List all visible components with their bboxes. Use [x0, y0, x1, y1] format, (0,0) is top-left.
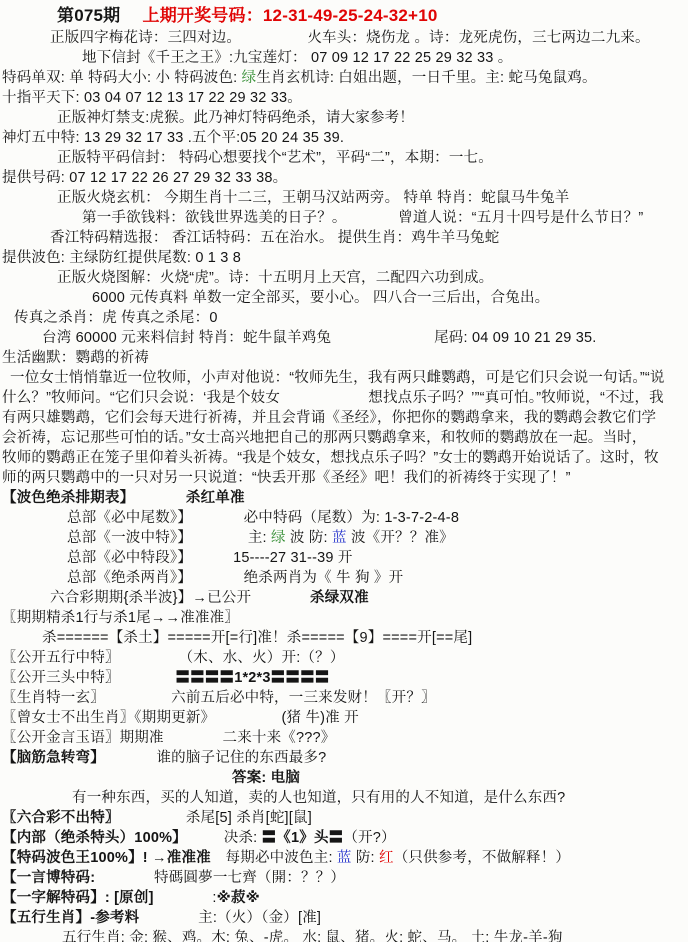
text-line: 〖生肖特一玄〗 六前五后必中特，一三来发财！〖开？〗	[2, 688, 686, 708]
text-segment: 第075期	[57, 6, 120, 25]
text-segment: 【波色绝杀排期表】	[2, 490, 127, 506]
text-segment: 特碼圓夢一七齊（開：？？）	[95, 870, 345, 886]
text-segment: 会祈祷，忘记那些可怕的话。”女士高兴地把自己的那两只鹦鹉拿来，和牧师的鹦鹉放在一…	[2, 430, 647, 446]
text-line: 六合彩期期{杀半波}】→已公开 杀绿双准	[2, 588, 686, 608]
document-body: 第075期 上期开奖号码：12-31-49-25-24-32+10正版四字梅花诗…	[2, 4, 686, 942]
text-line: 有两只雄鹦鹉，它们会每天进行祈祷，并且会背诵《圣经》，你把你的鹦鹉拿来，我的鹦鹉…	[2, 408, 686, 428]
text-segment: 〓〓〓〓1*2*3〓〓〓〓	[175, 670, 329, 686]
text-line: 【五行生肖】-参考料 主:（火）（金）[准]	[2, 908, 686, 928]
text-segment: 〓《1》头〓	[262, 830, 344, 846]
text-line: 6000 元传真料 单数一定全部买，要小心。 四八合一三后出，合兔出。	[2, 288, 686, 308]
text-line: 提供号码: 07 12 17 22 26 27 29 32 33 38。	[2, 168, 686, 188]
text-segment: 绿	[271, 530, 286, 546]
text-segment: 答案: 电脑	[232, 770, 300, 786]
text-segment	[127, 490, 186, 506]
text-segment: 生肖玄机诗: 白姐出题，一日千里。主: 蛇马兔鼠鸡。	[256, 70, 596, 86]
text-segment: （只供参考，不做解释！）	[394, 850, 570, 866]
text-segment: 杀======【杀土】=====开[=行]准！杀=====【9】====开[==…	[42, 630, 472, 646]
text-segment: 波《开？？准》	[347, 530, 454, 546]
text-segment: 香江特码精选报： 香江话特码：五在治水。 提供生肖：鸡牛羊马兔蛇	[50, 230, 499, 246]
text-line: 【脑筋急转弯】 谁的脑子记住的东西最多?	[2, 748, 686, 768]
text-segment	[251, 590, 310, 606]
text-line: 答案: 电脑	[2, 768, 686, 788]
text-segment: 师的两只鹦鹉中的一只对另一只说道：“快丢开那《圣经》吧！我们的祈祷终于实现了！”	[2, 470, 571, 486]
text-segment: 十指平天下: 03 04 07 12 13 17 22 29 32 33。	[2, 90, 302, 106]
text-line: 生活幽默：鹦鹉的祈祷	[2, 348, 686, 368]
text-line: 〖六合彩不出特〗 杀尾[5] 杀肖[蛇][鼠]	[2, 808, 686, 828]
text-line: 〖公开五行中特〗 （木、水、火）开:（？）	[2, 648, 686, 668]
text-segment: 传真之杀肖：虎 传真之杀尾：0	[14, 310, 218, 326]
text-line: 会祈祷，忘记那些可怕的话。”女士高兴地把自己的那两只鹦鹉拿来，和牧师的鹦鹉放在一…	[2, 428, 686, 448]
text-segment: 总部《绝杀两肖》】 绝杀两肖为《 牛 狗 》开	[67, 570, 403, 586]
text-segment: 生活幽默：鹦鹉的祈祷	[2, 350, 149, 366]
text-line: 正版火烧图解：火烧“虎”。诗：十五明月上天宫，二配四六功到成。	[2, 268, 686, 288]
text-segment: :	[154, 890, 217, 906]
text-line: 杀======【杀土】=====开[=行]准！杀=====【9】====开[==…	[2, 628, 686, 648]
text-line: 总部《必中特段》】 15----27 31--39 开	[2, 548, 686, 568]
text-line: 正版神灯禁支:虎猴。此乃神灯特码绝杀，请大家参考！	[2, 108, 686, 128]
text-segment: 【一言博特码:	[2, 870, 95, 886]
text-line: 总部《必中尾数》】 必中特码（尾数）为: 1-3-7-2-4-8	[2, 508, 686, 528]
text-line: 神灯五中特: 13 29 32 17 33 .五个平:05 20 24 35 3…	[2, 128, 686, 148]
text-segment: 主:（火）（金）[准]	[139, 910, 321, 926]
text-segment: 正版火烧图解：火烧“虎”。诗：十五明月上天宫，二配四六功到成。	[57, 270, 493, 286]
text-segment: 正版神灯禁支:虎猴。此乃神灯特码绝杀，请大家参考！	[57, 110, 414, 126]
text-line: 提供波色: 主绿防红提供尾数: 0 1 3 8	[2, 248, 686, 268]
text-segment	[120, 6, 142, 25]
text-segment: 六合彩期期{杀半波}】→已公开	[50, 590, 251, 606]
text-segment: 【脑筋急转弯】	[2, 750, 98, 766]
text-line: 牧师的鹦鹉正在笼子里仰着头祈祷。“我是个妓女，想找点乐子吗？”女士的鹦鹉开始说话…	[2, 448, 686, 468]
text-segment: 总部《必中特段》】 15----27 31--39 开	[67, 550, 353, 566]
text-segment: 第一手欲钱料：欲钱世界选美的日子？。 曾道人说：“五月十四号是什么节日？”	[82, 210, 643, 226]
text-segment: 一位女士悄悄靠近一位牧师，小声对他说：“牧师先生，我有两只雌鹦鹉，可是它们只会说…	[10, 370, 665, 386]
text-segment: 决杀:	[180, 830, 262, 846]
text-line: 传真之杀肖：虎 传真之杀尾：0	[2, 308, 686, 328]
text-line: 第一手欲钱料：欲钱世界选美的日子？。 曾道人说：“五月十四号是什么节日？”	[2, 208, 686, 228]
text-segment: 【五行生肖】-参考料	[2, 910, 139, 926]
text-line: 台湾 60000 元来料信封 特肖：蛇牛鼠羊鸡兔 尾码: 04 09 10 21…	[2, 328, 686, 348]
lottery-tip-sheet: 第075期 上期开奖号码：12-31-49-25-24-32+10正版四字梅花诗…	[0, 0, 688, 942]
text-line: 总部《绝杀两肖》】 绝杀两肖为《 牛 狗 》开	[2, 568, 686, 588]
text-line: 正版四字梅花诗：三四对边。 火车头：烧伤龙 。诗：龙死虎伤，三七两边二九来。	[2, 28, 686, 48]
text-segment: 正版特平码信封： 特码心想要找个“艺术”，平码“二”，本期：一七。	[57, 150, 493, 166]
text-line: 五行生肖: 金: 猴、鸡。木: 兔、-虎。 水: 鼠、猪。火: 蛇、马。 土: …	[2, 928, 686, 942]
text-segment: 提供号码: 07 12 17 22 26 27 29 32 33 38。	[2, 170, 287, 186]
text-segment: 波 防:	[286, 530, 332, 546]
text-segment: 防:	[352, 850, 379, 866]
text-segment: 每期必中波色主:	[211, 850, 337, 866]
text-segment: 〖公开三头中特〗	[2, 670, 175, 686]
text-segment: 五行生肖: 金: 猴、鸡。木: 兔、-虎。 水: 鼠、猪。火: 蛇、马。 土: …	[62, 930, 563, 942]
text-line: 【特码波色王100%】! →准准准 每期必中波色主: 蓝 防: 红（只供参考，不…	[2, 848, 686, 868]
text-line: 正版火烧玄机： 今期生肖十二三，王朝马汉站两旁。 特单 特肖：蛇鼠马牛兔羊	[2, 188, 686, 208]
text-line: 师的两只鹦鹉中的一只对另一只说道：“快丢开那《圣经》吧！我们的祈祷终于实现了！”	[2, 468, 686, 488]
text-segment: 〖公开五行中特〗 （木、水、火）开:（？）	[2, 650, 345, 666]
text-line: 〖公开三头中特〗 〓〓〓〓1*2*3〓〓〓〓	[2, 668, 686, 688]
text-segment: 【一字解特码】: [原创]	[2, 890, 154, 906]
text-segment: 什么？”牧师问。“它们只会说：‘我是个妓女 想找点乐子吗？’”“真可怕。”牧师说…	[2, 390, 664, 406]
text-segment: 总部《必中尾数》】 必中特码（尾数）为: 1-3-7-2-4-8	[67, 510, 459, 526]
text-segment: 【内部（绝杀特头）100%】	[2, 830, 180, 846]
text-line: 有一种东西，买的人知道，卖的人也知道，只有用的人不知道，是什么东西?	[2, 788, 686, 808]
text-segment: 台湾 60000 元来料信封 特肖：蛇牛鼠羊鸡兔 尾码: 04 09 10 21…	[42, 330, 597, 346]
text-segment: 正版四字梅花诗：三四对边。 火车头：烧伤龙 。诗：龙死虎伤，三七两边二九来。	[50, 30, 650, 46]
text-segment: 〖期期精杀1行与杀1尾→→准准准〗	[2, 610, 239, 626]
text-segment: 红	[379, 850, 394, 866]
text-segment: ※菽※	[217, 890, 260, 906]
text-line: 【内部（绝杀特头）100%】 决杀: 〓《1》头〓（开?）	[2, 828, 686, 848]
text-line: 特码单双: 单 特码大小: 小 特码波色: 绿生肖玄机诗: 白姐出题，一日千里。…	[2, 68, 686, 88]
text-segment: 有一种东西，买的人知道，卖的人也知道，只有用的人不知道，是什么东西?	[72, 790, 565, 806]
text-segment: 蓝	[332, 530, 347, 546]
text-segment: 正版火烧玄机： 今期生肖十二三，王朝马汉站两旁。 特单 特肖：蛇鼠马牛兔羊	[57, 190, 569, 206]
text-segment: 神灯五中特: 13 29 32 17 33 .五个平:05 20 24 35 3…	[2, 130, 344, 146]
text-segment: 杀尾[5] 杀肖[蛇][鼠]	[112, 810, 312, 826]
text-line: 〖期期精杀1行与杀1尾→→准准准〗	[2, 608, 686, 628]
text-segment: 〖生肖特一玄〗 六前五后必中特，一三来发财！〖开？〗	[2, 690, 436, 706]
text-line: 【波色绝杀排期表】 杀红单准	[2, 488, 686, 508]
text-line: 〖曾女士不出生肖〗《期期更新》 (猪 牛)准 开	[2, 708, 686, 728]
text-segment: 谁的脑子记住的东西最多?	[98, 750, 327, 766]
text-segment: 杀红单准	[186, 490, 245, 506]
text-segment: 〖曾女士不出生肖〗《期期更新》 (猪 牛)准 开	[2, 710, 359, 726]
text-line: 一位女士悄悄靠近一位牧师，小声对他说：“牧师先生，我有两只雌鹦鹉，可是它们只会说…	[2, 368, 686, 388]
text-line: 十指平天下: 03 04 07 12 13 17 22 29 32 33。	[2, 88, 686, 108]
text-segment: 特码单双: 单 特码大小: 小 特码波色:	[2, 70, 242, 86]
text-segment: 绿	[242, 70, 257, 86]
text-line: 【一字解特码】: [原创] :※菽※	[2, 888, 686, 908]
text-segment: 杀绿双准	[310, 590, 369, 606]
text-line: 〖公开金言玉语〗期期准 二来十来《???》	[2, 728, 686, 748]
text-line: 什么？”牧师问。“它们只会说：‘我是个妓女 想找点乐子吗？’”“真可怕。”牧师说…	[2, 388, 686, 408]
text-segment: 提供波色: 主绿防红提供尾数: 0 1 3 8	[2, 250, 241, 266]
text-line: 总部《一波中特》】 主: 绿 波 防: 蓝 波《开？？准》	[2, 528, 686, 548]
text-segment: 上期开奖号码：12-31-49-25-24-32+10	[143, 6, 438, 25]
text-segment: 〖公开金言玉语〗期期准 二来十来《???》	[2, 730, 336, 746]
text-line: 地下信封《千王之王》:九宝莲灯： 07 09 12 17 22 25 29 32…	[2, 48, 686, 68]
text-line: 香江特码精选报： 香江话特码：五在治水。 提供生肖：鸡牛羊马兔蛇	[2, 228, 686, 248]
text-segment: 〖六合彩不出特〗	[2, 810, 112, 826]
text-segment: 有两只雄鹦鹉，它们会每天进行祈祷，并且会背诵《圣经》，你把你的鹦鹉拿来，我的鹦鹉…	[2, 410, 656, 426]
text-segment: 牧师的鹦鹉正在笼子里仰着头祈祷。“我是个妓女，想找点乐子吗？”女士的鹦鹉开始说话…	[2, 450, 659, 466]
text-segment: （开?）	[343, 830, 395, 846]
text-segment: 6000 元传真料 单数一定全部买，要小心。 四八合一三后出，合兔出。	[92, 290, 549, 306]
text-segment: 总部《一波中特》】 主:	[67, 530, 271, 546]
text-line: 【一言博特码: 特碼圓夢一七齊（開：？？）	[2, 868, 686, 888]
text-segment: 【特码波色王100%】! →准准准	[2, 850, 211, 866]
text-segment: 地下信封《千王之王》:九宝莲灯： 07 09 12 17 22 25 29 32…	[82, 50, 512, 66]
text-segment: 蓝	[337, 850, 352, 866]
text-line: 正版特平码信封： 特码心想要找个“艺术”，平码“二”，本期：一七。	[2, 148, 686, 168]
text-line: 第075期 上期开奖号码：12-31-49-25-24-32+10	[2, 4, 686, 28]
